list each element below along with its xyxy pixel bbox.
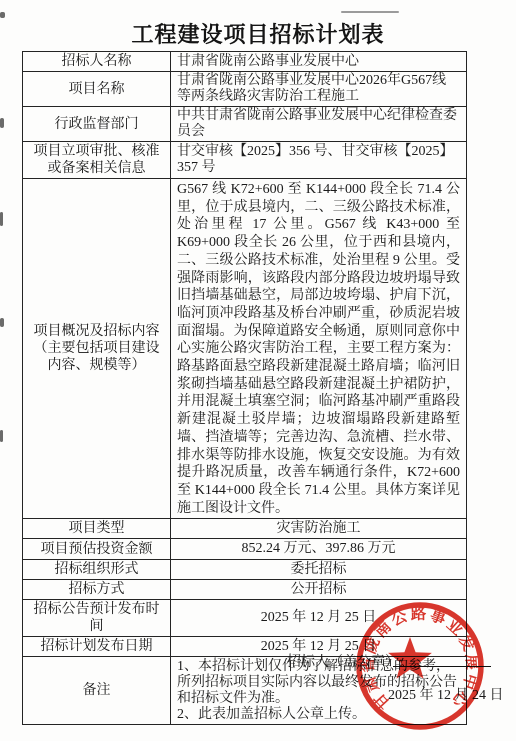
table-row-estimated-investment: 项目预估投资金额 852.24 万元、397.86 万元 (23, 539, 467, 560)
project-overview-value: G567 线 K72+600 至 K144+000 段全长 71.4 公里，位于… (171, 179, 467, 519)
project-type-value: 灾害防治施工 (171, 519, 467, 539)
bidder-name-label: 招标人名称 (23, 52, 171, 72)
bidder-name-value: 甘肃省陇南公路事业发展中心 (171, 52, 467, 72)
scan-edge-artifact (341, 11, 399, 13)
bidding-method-label: 招标方式 (23, 580, 171, 600)
remarks-label: 备注 (23, 657, 171, 725)
bidding-method-value: 公开招标 (171, 580, 467, 600)
project-type-label: 项目类型 (23, 519, 171, 539)
announcement-date-label: 招标公告预计发布时间 (23, 600, 171, 637)
estimated-investment-value: 852.24 万元、397.86 万元 (171, 539, 467, 560)
document-title: 工程建设项目招标计划表 (0, 18, 516, 49)
signer-label: 招标人（盖公章）: (287, 651, 403, 671)
table-row-approval-info: 项目立项审批、核准或备案相关信息 甘交审核【2025】356 号、甘交审核【20… (23, 142, 467, 179)
table-row-bidder-name: 招标人名称 甘肃省陇南公路事业发展中心 (23, 52, 467, 72)
scan-edge-artifact (0, 318, 4, 327)
approval-info-value: 甘交审核【2025】356 号、甘交审核【2025】357 号 (171, 142, 467, 179)
scan-edge-artifact (0, 212, 3, 226)
footer-date: 2025 年 12 月 24 日 (388, 684, 504, 704)
project-name-value: 甘肃省陇南公路事业发展中心2026年G567线等两条线路灾害防治工程施工 (171, 72, 467, 107)
plan-release-date-label: 招标计划发布日期 (23, 637, 171, 657)
bidding-plan-table: 招标人名称 甘肃省陇南公路事业发展中心 项目名称 甘肃省陇南公路事业发展中心20… (22, 51, 467, 725)
table-row-organization-form: 招标组织形式 委托招标 (23, 560, 467, 580)
table-row-announcement-date: 招标公告预计发布时间 2025 年 12 月 25 日 (23, 600, 467, 637)
estimated-investment-label: 项目预估投资金额 (23, 539, 171, 560)
signature-line (393, 666, 491, 667)
table-row-project-name: 项目名称 甘肃省陇南公路事业发展中心2026年G567线等两条线路灾害防治工程施… (23, 72, 467, 107)
scanned-document-page: 工程建设项目招标计划表 招标人名称 甘肃省陇南公路事业发展中心 项目名称 甘肃省… (0, 0, 516, 741)
table-row-project-type: 项目类型 灾害防治施工 (23, 519, 467, 539)
approval-info-label: 项目立项审批、核准或备案相关信息 (23, 142, 171, 179)
organization-form-value: 委托招标 (171, 560, 467, 580)
supervising-department-label: 行政监督部门 (23, 107, 171, 142)
table-row-supervising-department: 行政监督部门 中共甘肃省陇南公路事业发展中心纪律检查委员会 (23, 107, 467, 142)
scan-edge-artifact (0, 118, 4, 128)
scan-edge-artifact (0, 12, 5, 18)
table-row-project-overview: 项目概况及招标内容（主要包括项目建设内容、规模等） G567 线 K72+600… (23, 179, 467, 519)
table-row-bidding-method: 招标方式 公开招标 (23, 580, 467, 600)
supervising-department-value: 中共甘肃省陇南公路事业发展中心纪律检查委员会 (171, 107, 467, 142)
organization-form-label: 招标组织形式 (23, 560, 171, 580)
project-name-label: 项目名称 (23, 72, 171, 107)
scan-edge-artifact (0, 430, 3, 442)
announcement-date-value: 2025 年 12 月 25 日 (171, 600, 467, 637)
project-overview-label: 项目概况及招标内容（主要包括项目建设内容、规模等） (23, 179, 171, 519)
